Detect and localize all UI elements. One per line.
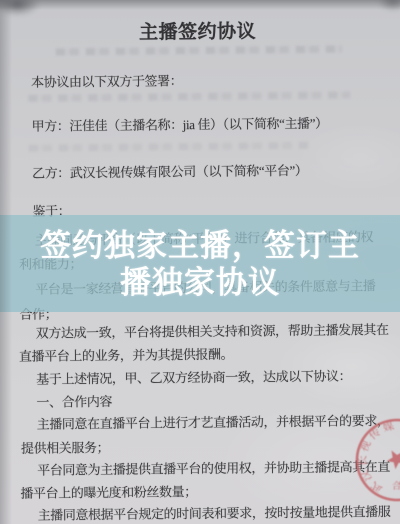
party-b-line: 乙方：武汉长视传媒有限公司（以下简称“平台”） <box>32 160 308 182</box>
paper-bleedthrough-smudge <box>29 142 309 152</box>
seal-star-icon <box>383 446 400 471</box>
document-title: 主播签约协议 <box>0 15 398 46</box>
agreement-line: 直播平台上的业务，并为其提供报酬。 <box>19 344 233 365</box>
clause-line: 提供相关服务； <box>21 437 109 457</box>
paper-bleedthrough-smudge <box>28 91 350 101</box>
clause-line: 主播同意根据平台规定的时间表和要求，按时按量地提供直播服 <box>38 501 391 524</box>
contract-photo: 主播签约协议 本协议由以下双方于签署： 甲方：汪佳佳（主播名称：jia 佳）（以… <box>0 0 400 524</box>
agreement-line: 基于上述情况，甲、乙双方经协商一致，达成以下协议： <box>36 365 351 387</box>
clause-line: 播平台上的曝光度和粉丝数量； <box>20 481 197 502</box>
caption-text-line1: 签约独家主播，签订主 <box>40 227 360 264</box>
photo-corner-shadow <box>0 0 40 16</box>
paper-bleedthrough-smudge <box>56 46 342 56</box>
caption-band: 签约独家主播，签订主 播独家协议 <box>0 215 400 312</box>
caption-text-line2: 播独家协议 <box>120 264 280 301</box>
clause-line: 主播同意在直播平台上进行才艺直播活动，并根据平台的要求， <box>37 410 390 433</box>
photo-corner-shadow <box>378 0 400 12</box>
section-heading: 一、合作内容 <box>36 391 112 411</box>
intro-line: 本协议由以下双方于签署： <box>31 70 182 91</box>
seal-arc-text-bottom: 合同专用章 <box>386 461 400 498</box>
clause-line: 平台同意为主播提供直播平台的使用权，并协助主播提高其在直 <box>37 456 390 479</box>
agreement-line: 双方达成一致，平台将提供相关支持和资源，帮助主播发展其在 <box>36 319 389 342</box>
party-a-line: 甲方：汪佳佳（主播名称：jia 佳）（以下简称“主播”） <box>31 113 327 135</box>
